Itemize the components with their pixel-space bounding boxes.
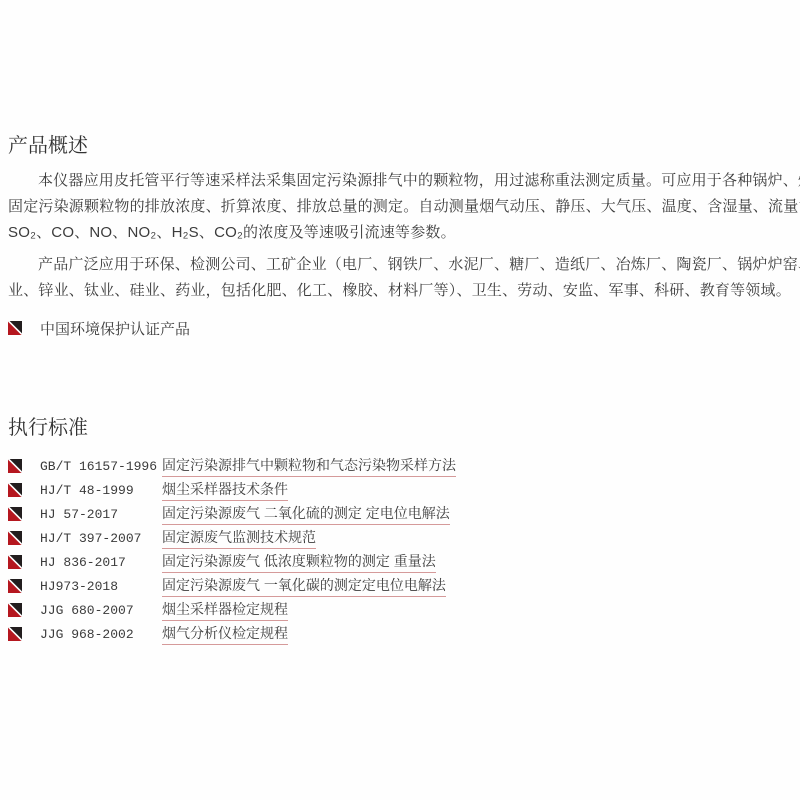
- standard-title-link[interactable]: 烟气分析仪检定规程: [162, 623, 288, 645]
- certification-item: 中国环境保护认证产品: [8, 318, 800, 338]
- paragraph-line: 本仪器应用皮托管平行等速采样法采集固定污染源排气中的颗粒物，用过滤称重法测定质量…: [8, 168, 800, 194]
- standard-row: JJG 680-2007 烟尘采样器检定规程: [8, 598, 800, 622]
- standard-row: HJ 57-2017 固定污染源废气 二氧化硫的测定 定电位电解法: [8, 502, 800, 526]
- standard-code: HJ/T 397-2007: [40, 531, 162, 546]
- standard-title-link[interactable]: 固定污染源排气中颗粒物和气态污染物采样方法: [162, 455, 456, 477]
- standard-title-link[interactable]: 烟尘采样器技术条件: [162, 479, 288, 501]
- standard-row: GB/T 16157-1996 固定污染源排气中颗粒物和气态污染物采样方法: [8, 454, 800, 478]
- diagonal-flag-icon: [8, 531, 22, 545]
- diagonal-flag-icon: [8, 627, 22, 641]
- diagonal-flag-icon: [8, 579, 22, 593]
- standard-code: HJ 57-2017: [40, 507, 162, 522]
- standard-title-link[interactable]: 固定源废气监测技术规范: [162, 527, 316, 549]
- standard-code: HJ 836-2017: [40, 555, 162, 570]
- paragraph-line: 产品广泛应用于环保、检测公司、工矿企业（电厂、钢铁厂、水泥厂、糖厂、造纸厂、冶炼…: [8, 252, 800, 278]
- paragraph-line: 业、锌业、钛业、硅业、药业，包括化肥、化工、橡胶、材料厂等）、卫生、劳动、安监、…: [8, 278, 800, 304]
- standard-title-link[interactable]: 固定污染源废气 低浓度颗粒物的测定 重量法: [162, 551, 436, 573]
- diagonal-flag-icon: [8, 459, 22, 473]
- overview-section-title: 产品概述: [8, 134, 800, 158]
- paragraph-line: SO₂、CO、NO、NO₂、H₂S、CO₂的浓度及等速吸引流速等参数。: [8, 220, 800, 246]
- standard-code: HJ973-2018: [40, 579, 162, 594]
- overview-paragraph-1: 本仪器应用皮托管平行等速采样法采集固定污染源排气中的颗粒物，用过滤称重法测定质量…: [8, 168, 800, 246]
- standard-row: HJ 836-2017 固定污染源废气 低浓度颗粒物的测定 重量法: [8, 550, 800, 574]
- standard-code: JJG 968-2002: [40, 627, 162, 642]
- overview-paragraph-2: 产品广泛应用于环保、检测公司、工矿企业（电厂、钢铁厂、水泥厂、糖厂、造纸厂、冶炼…: [8, 252, 800, 304]
- diagonal-flag-icon: [8, 507, 22, 521]
- standard-row: HJ973-2018 固定污染源废气 一氧化碳的测定定电位电解法: [8, 574, 800, 598]
- standards-section: 执行标准 GB/T 16157-1996 固定污染源排气中颗粒物和气态污染物采样…: [8, 416, 800, 646]
- standard-title-link[interactable]: 烟尘采样器检定规程: [162, 599, 288, 621]
- standard-title-link[interactable]: 固定污染源废气 二氧化硫的测定 定电位电解法: [162, 503, 450, 525]
- paragraph-line: 固定污染源颗粒物的排放浓度、折算浓度、排放总量的测定。自动测量烟气动压、静压、大…: [8, 194, 800, 220]
- diagonal-flag-icon: [8, 603, 22, 617]
- standard-code: JJG 680-2007: [40, 603, 162, 618]
- standard-row: HJ/T 48-1999 烟尘采样器技术条件: [8, 478, 800, 502]
- standard-code: GB/T 16157-1996: [40, 459, 162, 474]
- diagonal-flag-icon: [8, 555, 22, 569]
- standard-row: JJG 968-2002 烟气分析仪检定规程: [8, 622, 800, 646]
- content-area: 产品概述 本仪器应用皮托管平行等速采样法采集固定污染源排气中的颗粒物，用过滤称重…: [0, 0, 800, 646]
- product-page: 产品概述 本仪器应用皮托管平行等速采样法采集固定污染源排气中的颗粒物，用过滤称重…: [0, 0, 800, 800]
- certification-label: 中国环境保护认证产品: [40, 318, 190, 339]
- standard-row: HJ/T 397-2007 固定源废气监测技术规范: [8, 526, 800, 550]
- standard-title-link[interactable]: 固定污染源废气 一氧化碳的测定定电位电解法: [162, 575, 446, 597]
- diagonal-flag-icon: [8, 483, 22, 497]
- standards-section-title: 执行标准: [8, 416, 800, 440]
- standard-code: HJ/T 48-1999: [40, 483, 162, 498]
- diagonal-flag-icon: [8, 321, 22, 335]
